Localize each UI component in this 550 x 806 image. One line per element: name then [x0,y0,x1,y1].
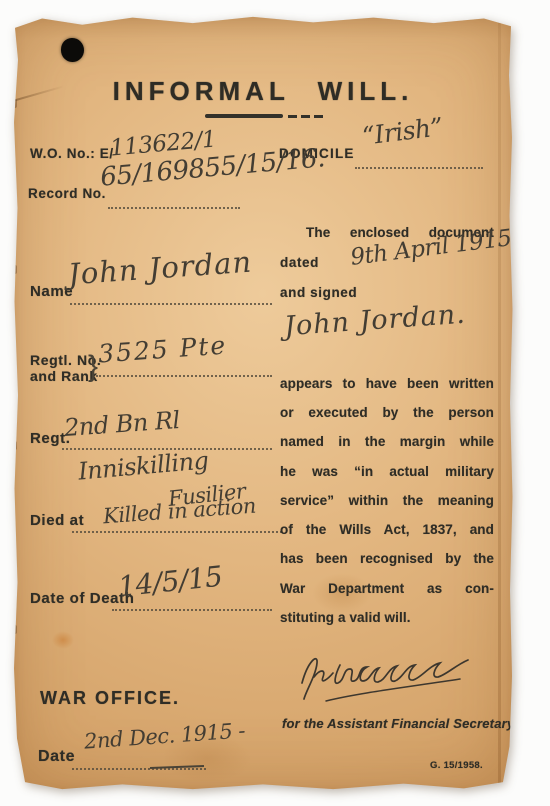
for-assistant-financial-secretary-line: for the Assistant Financial Secretary. [282,716,518,731]
died-at-label: Died at [30,512,84,529]
regtl-dotted-line [96,373,272,377]
signed-name-value: John Jordan. [283,299,467,343]
war-office-label: WAR OFFICE. [40,688,180,709]
edge-nick [11,265,17,274]
statement-line: War Department as con- [280,581,494,597]
paper-edge-shading [12,13,514,39]
paper-sheet: INFORMAL WILL. W.O. No.: E/ 113622/1 DOM… [12,13,514,793]
record-no-label: Record No. [28,186,106,201]
statement-line: or executed by the person [280,405,494,421]
name-label: Name [30,283,73,300]
paper-crease [498,13,501,793]
wo-no-label: W.O. No.: E/ [30,146,114,161]
date-of-death-dotted-line [112,607,272,611]
name-dotted-line [70,301,272,305]
statement-line: service” within the meaning [280,493,494,509]
punch-hole [61,38,84,62]
and-signed-label: and signed [280,285,357,300]
will-form-page: INFORMAL WILL. W.O. No.: E/ 113622/1 DOM… [12,13,514,793]
title-rule-dashes [288,115,324,118]
domicile-dotted-line [355,165,483,169]
form-title: INFORMAL WILL. [12,76,514,107]
title-rule [205,114,283,118]
statement-line: named in the margin while [280,434,494,450]
edge-nick [11,625,17,634]
date-of-death-value: 14/5/15 [117,560,224,604]
office-date-label: Date [38,748,75,766]
record-no-dotted-line [108,205,240,209]
edge-nick [11,441,17,450]
name-value: John Jordan [67,245,253,292]
paper-stain [52,631,74,649]
regtl-no-value: 3525 Pte [97,331,228,369]
regt-value-line2: Inniskilling [77,446,209,485]
assistant-financial-secretary-signature [288,643,488,711]
regtl-brace: } [88,350,98,384]
died-at-value: Killed in action [102,494,256,529]
statement-line: stituting a valid will. [280,610,494,626]
regt-value-line1: 2nd Bn Rl [63,406,180,442]
domicile-value: “Irish” [361,112,445,151]
statement-line: appears to have been written [280,376,494,392]
office-date-value: 2nd Dec. 1915 - [83,718,245,753]
statement-line: has been recognised by the [280,551,494,567]
dated-label: dated [280,255,319,270]
died-at-dotted-line [72,529,282,533]
statement-line: of the Wills Act, 1837, and [280,522,494,538]
form-print-code: G. 15/1958. [430,760,483,771]
statement-line: he was “in actual military [280,464,494,480]
